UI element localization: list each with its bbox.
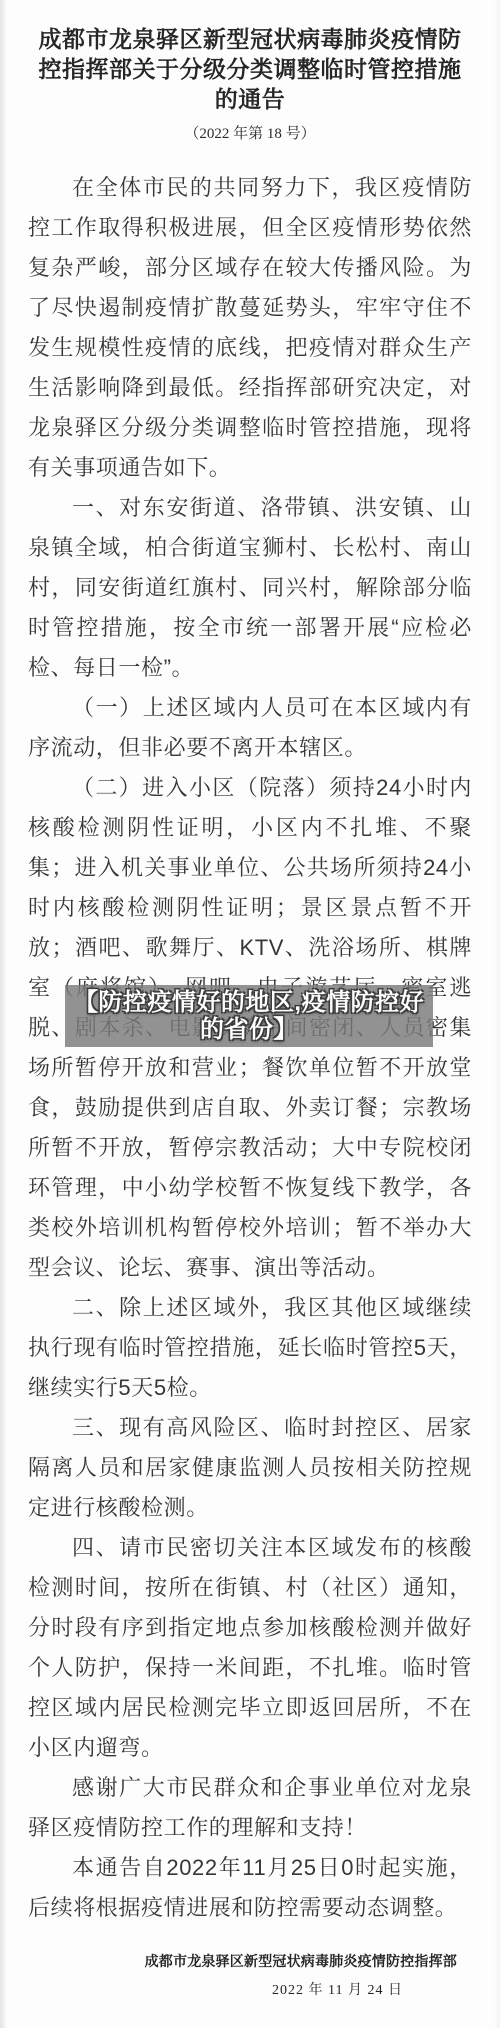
paragraph-item-1-sub-1: （一）上述区域内人员可在本区域内有序流动，但非必要不离开本辖区。 (28, 688, 472, 768)
watermark-overlay: 【防控疫情好的地区,疫情防控好的省份】 (65, 985, 433, 1047)
paragraph-item-3: 三、现有高风险区、临时封控区、居家隔离人员和居家健康监测人员按相关防控规定进行核… (28, 1408, 472, 1528)
issuer-signature: 成都市龙泉驿区新型冠状病毒肺炎疫情防控指挥部 (145, 1954, 457, 1972)
document-body: 在全体市民的共同努力下，我区疫情防控工作取得积极进展，但全区疫情形势依然复杂严峻… (28, 168, 472, 1928)
document-title: 成都市龙泉驿区新型冠状病毒肺炎疫情防控指挥部关于分级分类调整临时管控措施的通告 (28, 25, 472, 115)
paragraph-item-1: 一、对东安街道、洛带镇、洪安镇、山泉镇全域，柏合街道宝狮村、长松村、南山村，同安… (28, 488, 472, 688)
issue-date: 2022 年 11 月 24 日 (272, 1982, 403, 2000)
watermark-text: 【防控疫情好的地区,疫情防控好的省份】 (73, 989, 425, 1043)
paragraph-effective: 本通告自2022年11月25日0时起实施，后续将根据疫情进展和防控需要动态调整。 (28, 1848, 472, 1928)
notice-document-page: 成都市龙泉驿区新型冠状病毒肺炎疫情防控指挥部关于分级分类调整临时管控措施的通告 … (0, 0, 500, 2028)
document-number: （2022 年第 18 号） (28, 124, 472, 144)
paragraph-item-4: 四、请市民密切关注本区域发布的核酸检测时间，按所在街镇、村（社区）通知，分时段有… (28, 1528, 472, 1768)
paragraph-item-2: 二、除上述区域外，我区其他区域继续执行现有临时管控措施，延长临时管控5天，继续实… (28, 1288, 472, 1408)
paragraph-thanks: 感谢广大市民群众和企事业单位对龙泉驿区疫情防控工作的理解和支持！ (28, 1768, 472, 1848)
paragraph-intro: 在全体市民的共同努力下，我区疫情防控工作取得积极进展，但全区疫情形势依然复杂严峻… (28, 168, 472, 488)
